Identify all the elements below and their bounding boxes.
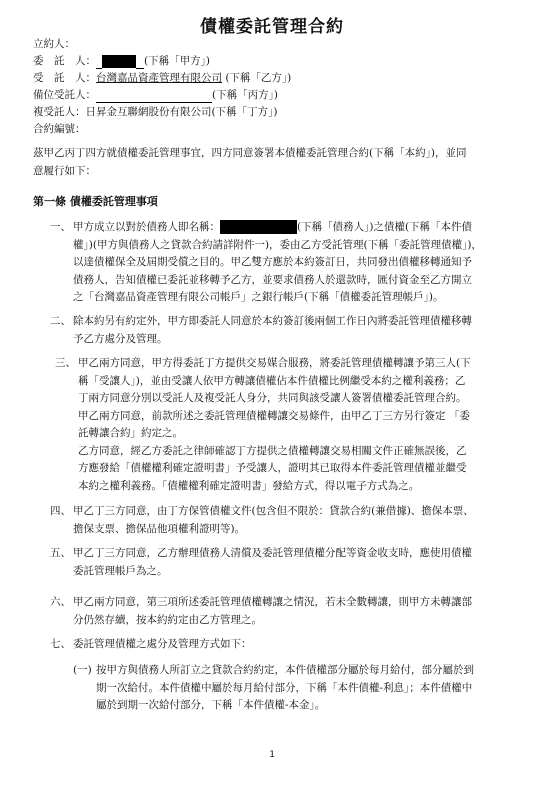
item-3-line-2: 稱「受讓人」)，並由受讓人依甲方轉讓債權佔本件債權比例繼受本約之權利義務；乙 [78, 373, 471, 391]
sub-trustee-suffix: (下稱「丁方」) [212, 106, 278, 118]
item-1-text-b: (下稱「債務人」)之債權(下稱「本件債 [297, 221, 472, 233]
item-number: 五、 [50, 545, 71, 563]
item-number: 四、 [50, 503, 71, 521]
page-number: 1 [0, 750, 544, 760]
article-1-item-3: 三、 甲乙兩方同意，甲方得委託丁方提供交易媒合服務，將委託管理債權轉讓予第三人(… [78, 355, 471, 495]
principal-blank-right [136, 68, 144, 69]
sub-trustee-name: 日昇金互聯網股份有限公司 [86, 106, 212, 118]
trustee-name: 台灣嘉品資產管理有限公司 [96, 72, 222, 84]
trustee-label: 受 託 人： [33, 72, 96, 84]
article-1-item-4: 四、 甲乙丁三方同意，由丁方保管債權文件(包含但不限於：貸款合約(兼借據)、擔保… [73, 503, 474, 538]
item-1-line-3: 以達債權保全及屆期受償之目的。甲乙雙方應於本約簽訂日，共同發出債權移轉通知予 [73, 254, 482, 272]
trustee-suffix: (下稱「乙方」) [222, 72, 291, 84]
sub-trustee-line: 複受託人：日昇金互聯網股份有限公司(下稱「丁方」) [33, 104, 277, 120]
item-3-line-1: 甲乙兩方同意，甲方得委託丁方提供交易媒合服務，將委託管理債權轉讓予第三人(下 [78, 355, 471, 373]
item-2-line-2: 予乙方處分及管理。 [73, 331, 472, 349]
item-6-line-1: 甲乙兩方同意，第三項所述委託管理債權轉讓之情況，若未全數轉讓，則甲方未轉讓部 [73, 594, 472, 612]
item-3-line-6: 乙方同意，經乙方委託之律師確認丁方提供之債權轉讓交易相關文件正確無誤後，乙 [78, 443, 471, 461]
subitem-1-line-3: 屬於到期一次給付部分，下稱「本件債權-本金」。 [96, 697, 474, 715]
article-1-item-6: 六、 甲乙兩方同意，第三項所述委託管理債權轉讓之情況，若未全數轉讓，則甲方未轉讓… [73, 594, 472, 629]
item-3-line-5: 託轉讓合約」約定之。 [78, 425, 471, 443]
principal-suffix: (下稱「甲方」) [144, 55, 210, 67]
item-5-line-1: 甲乙丁三方同意，乙方辦理債務人清償及委託管理債權分配等資金收支時，應使用債權 [73, 545, 472, 563]
subitem-number: (一) [73, 662, 92, 680]
article-1-item-7: 七、 委託管理債權之處分及管理方式如下： [73, 636, 252, 654]
backup-trustee-label: 備位受託人： [33, 89, 96, 101]
item-6-line-2: 分仍然存續，按本約約定由乙方管理之。 [73, 612, 472, 630]
parties-header: 立約人： [33, 36, 75, 52]
principal-redacted-name [102, 55, 136, 68]
item-1-line-2: 權」)(甲方與債務人之貸款合約請詳附件一)，委由乙方受託管理(下稱「委託管理債權… [73, 237, 482, 255]
backup-trustee-suffix: (下稱「丙方」) [212, 89, 278, 101]
principal-label: 委 託 人： [33, 55, 96, 67]
item-1-text-a: 甲方成立以對於債務人即名稱： [73, 221, 220, 233]
item-1-line-1: 甲方成立以對於債務人即名稱：(下稱「債務人」)之債權(下稱「本件債 [73, 219, 482, 237]
article-1-item-2: 二、 除本約另有約定外，甲方即委託人同意於本約簽訂後兩個工作日內將委託管理債權移… [73, 313, 472, 348]
subitem-1-line-1: 按甲方與債務人所訂立之貸款合約約定，本件債權部分屬於每月給付，部分屬於到 [96, 662, 474, 680]
trustee-line: 受 託 人：台灣嘉品資產管理有限公司 (下稱「乙方」) [33, 70, 291, 86]
item-number: 二、 [50, 313, 71, 331]
item-number: 七、 [50, 636, 71, 654]
document-title: 債權委託管理合約 [0, 12, 544, 37]
backup-trustee-blank [96, 90, 212, 103]
item-4-line-2: 擔保支票、擔保品他項權利證明等)。 [73, 521, 474, 539]
item-3-line-4: 甲乙兩方同意，前款所述之委託管理債權轉讓交易條件，由甲乙丁三方另行簽定 「委 [78, 408, 471, 426]
item-number: 三、 [55, 355, 76, 373]
document-page: 債權委託管理合約 立約人： 委 託 人：(下稱「甲方」) 受 託 人：台灣嘉品資… [0, 0, 544, 786]
item-3-line-8: 本約之權利義務。「債權權利確定證明書」發給方式，得以電子方式為之。 [78, 478, 471, 496]
item-4-line-1: 甲乙丁三方同意，由丁方保管債權文件(包含但不限於：貸款合約(兼借據)、擔保本票、 [73, 503, 474, 521]
item-2-line-1: 除本約另有約定外，甲方即委託人同意於本約簽訂後兩個工作日內將委託管理債權移轉 [73, 313, 472, 331]
item-3-line-3: 丁兩方同意分別以受託人及複受託人身分，共同與該受讓人簽署債權委託管理合約。 [78, 390, 471, 408]
contract-number-line: 合約編號： [33, 121, 86, 137]
item-5-line-2: 委託管理帳戶為之。 [73, 563, 472, 581]
backup-trustee-line: 備位受託人：(下稱「丙方」) [33, 87, 278, 103]
debtor-redacted-name [220, 220, 297, 234]
preamble-line-2: 意履行如下： [33, 163, 466, 181]
principal-line: 委 託 人：(下稱「甲方」) [33, 53, 210, 69]
item-3-line-7: 方應發給「債權權利確定證明書」予受讓人，證明其已取得本件委託管理債權並繼受 [78, 460, 471, 478]
preamble-line-1: 茲甲乙丙丁四方就債權委託管理事宜，四方同意簽署本債權委託管理合約(下稱「本約」)… [33, 145, 466, 163]
article-1-item-5: 五、 甲乙丁三方同意，乙方辦理債務人清償及委託管理債權分配等資金收支時，應使用債… [73, 545, 472, 580]
item-1-line-5: 之「台灣嘉品資產管理有限公司帳戶」之銀行帳戶(下稱「債權委託管理帳戶」)。 [73, 289, 482, 307]
article-1-item-1: 一、 甲方成立以對於債務人即名稱：(下稱「債務人」)之債權(下稱「本件債 權」)… [73, 219, 482, 307]
article-1-heading: 第一條 債權委託管理事項 [33, 193, 158, 209]
subitem-1-line-2: 期一次給付。本件債權中屬於每月給付部分，下稱「本件債權-利息」；本件債權中 [96, 680, 474, 698]
item-number: 六、 [50, 594, 71, 612]
sub-trustee-label: 複受託人： [33, 106, 86, 118]
item-1-line-4: 債務人，告知債權已委託並移轉予乙方，並要求債務人於還款時，匯付資金至乙方開立 [73, 272, 482, 290]
principal-blank-left [96, 68, 102, 69]
contract-number-label: 合約編號： [33, 123, 86, 135]
preamble: 茲甲乙丙丁四方就債權委託管理事宜，四方同意簽署本債權委託管理合約(下稱「本約」)… [33, 145, 466, 180]
item-7-line-1: 委託管理債權之處分及管理方式如下： [73, 636, 252, 654]
item-number: 一、 [50, 219, 71, 237]
article-1-item-7-sub-1: (一) 按甲方與債務人所訂立之貸款合約約定，本件債權部分屬於每月給付，部分屬於到… [96, 662, 474, 715]
